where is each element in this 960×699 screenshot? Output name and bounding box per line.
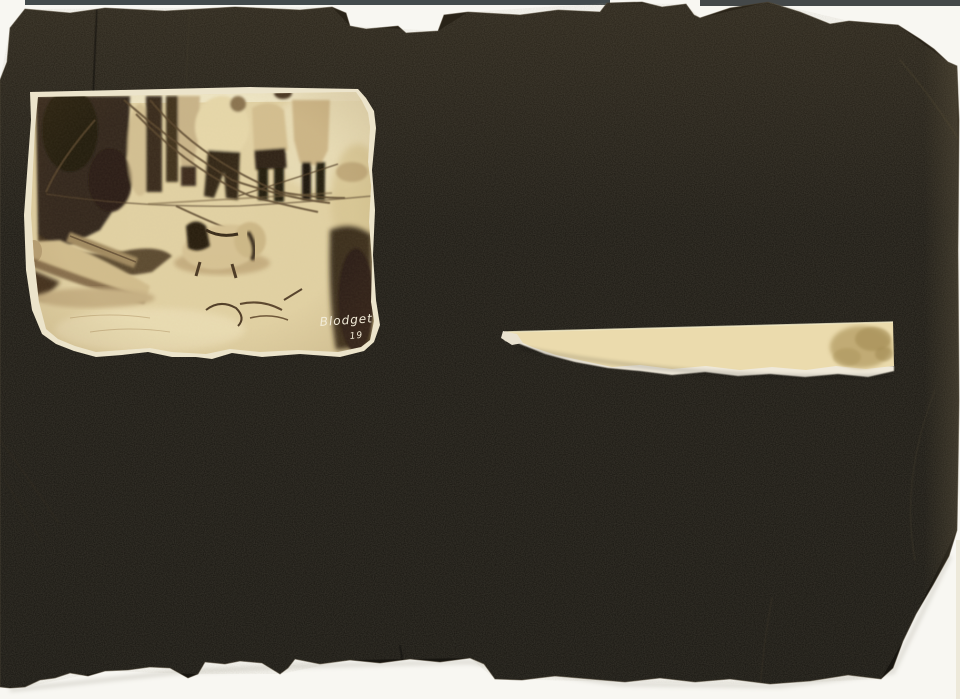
scan-edge-strip [25, 0, 610, 5]
stain-blob [875, 347, 893, 361]
photo-caption-number: 19 [349, 331, 363, 342]
photo-scene: Blodget 19 [24, 82, 392, 372]
photograph: Blodget 19 [24, 82, 392, 372]
photo-grain [24, 82, 384, 372]
scan-image: Blodget 19 [0, 0, 960, 699]
scan-edge-strip [700, 0, 960, 6]
scan-edge-sliver [956, 540, 960, 699]
scanned-album-page: Blodget 19 [0, 0, 960, 699]
stain-blob [833, 348, 861, 366]
